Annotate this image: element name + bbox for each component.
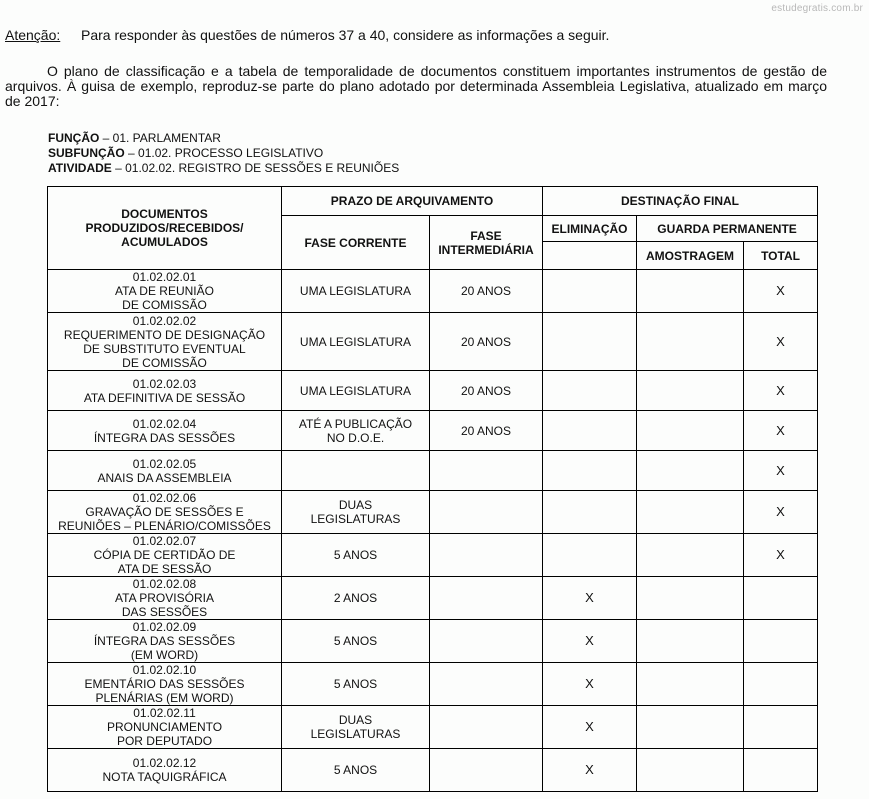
document-title-line: EMENTÁRIO DAS SESSÕES <box>50 677 279 691</box>
eliminacao-cell <box>543 491 637 534</box>
corrente-cell: ATÉ A PUBLICAÇÃO NO D.O.E. <box>282 411 430 451</box>
total-cell <box>744 663 818 706</box>
table-row: 01.02.02.04ÍNTEGRA DAS SESSÕESATÉ A PUBL… <box>48 411 818 451</box>
header-total: TOTAL <box>744 242 818 270</box>
amostragem-cell <box>637 451 744 491</box>
document-title-line: ÍNTEGRA DAS SESSÕES <box>50 431 279 445</box>
table-row: 01.02.02.05ANAIS DA ASSEMBLEIAX <box>48 451 818 491</box>
document-title-line: CÓPIA DE CERTIDÃO DE <box>50 548 279 562</box>
intermediaria-cell: 20 ANOS <box>430 411 543 451</box>
document-code: 01.02.02.11 <box>50 706 279 720</box>
attention-text: Para responder às questões de números 37… <box>81 27 609 43</box>
table-row: 01.02.02.07CÓPIA DE CERTIDÃO DEATA DE SE… <box>48 534 818 577</box>
eliminacao-cell <box>543 371 637 411</box>
document-cell: 01.02.02.10EMENTÁRIO DAS SESSÕESPLENÁRIA… <box>48 663 282 706</box>
document-cell: 01.02.02.06GRAVAÇÃO DE SESSÕES EREUNIÕES… <box>48 491 282 534</box>
header-fase-intermediaria: FASE INTERMEDIÁRIA <box>430 216 543 270</box>
table-row: 01.02.02.11PRONUNCIAMENTOPOR DEPUTADODUA… <box>48 706 818 749</box>
amostragem-cell <box>637 270 744 313</box>
eliminacao-cell: X <box>543 620 637 663</box>
document-cell: 01.02.02.04ÍNTEGRA DAS SESSÕES <box>48 411 282 451</box>
amostragem-cell <box>637 620 744 663</box>
table-row: 01.02.02.09ÍNTEGRA DAS SESSÕES(EM WORD)5… <box>48 620 818 663</box>
document-cell: 01.02.02.12NOTA TAQUIGRÁFICA <box>48 749 282 792</box>
header-amostragem: AMOSTRAGEM <box>637 242 744 270</box>
document-title-line: DE SUBSTITUTO EVENTUAL <box>50 342 279 356</box>
document-code: 01.02.02.07 <box>50 534 279 548</box>
table-row: 01.02.02.03ATA DEFINITIVA DE SESSÃOUMA L… <box>48 371 818 411</box>
atividade-value: – 01.02.02. REGISTRO DE SESSÕES E REUNIÕ… <box>112 161 399 175</box>
document-title-line: DE COMISSÃO <box>50 356 279 370</box>
funcao-label: FUNÇÃO <box>48 131 99 145</box>
header-fase-corrente: FASE CORRENTE <box>282 216 430 270</box>
eliminacao-cell: X <box>543 706 637 749</box>
total-cell: X <box>744 451 818 491</box>
subfuncao-line: SUBFUNÇÃO – 01.02. PROCESSO LEGISLATIVO <box>48 146 399 161</box>
total-cell <box>744 706 818 749</box>
table-row: 01.02.02.10EMENTÁRIO DAS SESSÕESPLENÁRIA… <box>48 663 818 706</box>
document-cell: 01.02.02.02REQUERIMENTO DE DESIGNAÇÃODE … <box>48 313 282 371</box>
eliminacao-cell <box>543 313 637 371</box>
document-title-line: ATA PROVISÓRIA <box>50 591 279 605</box>
header-documentos: DOCUMENTOS PRODUZIDOS/RECEBIDOS/ ACUMULA… <box>48 187 282 270</box>
corrente-cell: 5 ANOS <box>282 620 430 663</box>
document-title-line: REQUERIMENTO DE DESIGNAÇÃO <box>50 328 279 342</box>
document-title-line: (EM WORD) <box>50 648 279 662</box>
amostragem-cell <box>637 749 744 792</box>
funcao-line: FUNÇÃO – 01. PARLAMENTAR <box>48 131 399 146</box>
eliminacao-cell: X <box>543 663 637 706</box>
corrente-cell: UMA LEGISLATURA <box>282 313 430 371</box>
header-destinacao: DESTINAÇÃO FINAL <box>543 187 818 216</box>
intermediaria-cell <box>430 577 543 620</box>
watermark: estudegratis.com.br <box>771 3 863 14</box>
intermediaria-cell <box>430 491 543 534</box>
amostragem-cell <box>637 371 744 411</box>
intermediaria-cell <box>430 663 543 706</box>
amostragem-cell <box>637 663 744 706</box>
table-row: 01.02.02.02REQUERIMENTO DE DESIGNAÇÃODE … <box>48 313 818 371</box>
corrente-cell: UMA LEGISLATURA <box>282 371 430 411</box>
eliminacao-cell <box>543 451 637 491</box>
amostragem-cell <box>637 577 744 620</box>
header-guarda: GUARDA PERMANENTE <box>637 216 818 242</box>
corrente-cell: 5 ANOS <box>282 663 430 706</box>
document-title-line: GRAVAÇÃO DE SESSÕES E <box>50 505 279 519</box>
table-row: 01.02.02.06GRAVAÇÃO DE SESSÕES EREUNIÕES… <box>48 491 818 534</box>
amostragem-cell <box>637 706 744 749</box>
atividade-line: ATIVIDADE – 01.02.02. REGISTRO DE SESSÕE… <box>48 161 399 176</box>
classification-block: FUNÇÃO – 01. PARLAMENTAR SUBFUNÇÃO – 01.… <box>48 131 399 176</box>
document-cell: 01.02.02.05ANAIS DA ASSEMBLEIA <box>48 451 282 491</box>
eliminacao-cell: X <box>543 749 637 792</box>
eliminacao-cell <box>543 411 637 451</box>
total-cell: X <box>744 313 818 371</box>
document-cell: 01.02.02.03ATA DEFINITIVA DE SESSÃO <box>48 371 282 411</box>
corrente-cell: DUAS LEGISLATURAS <box>282 706 430 749</box>
total-cell: X <box>744 534 818 577</box>
document-cell: 01.02.02.11PRONUNCIAMENTOPOR DEPUTADO <box>48 706 282 749</box>
document-title-line: POR DEPUTADO <box>50 734 279 748</box>
table-row: 01.02.02.12NOTA TAQUIGRÁFICA5 ANOSX <box>48 749 818 792</box>
total-cell: X <box>744 491 818 534</box>
amostragem-cell <box>637 411 744 451</box>
amostragem-cell <box>637 313 744 371</box>
document-cell: 01.02.02.01ATA DE REUNIÃODE COMISSÃO <box>48 270 282 313</box>
temporality-table: DOCUMENTOS PRODUZIDOS/RECEBIDOS/ ACUMULA… <box>47 186 818 792</box>
document-cell: 01.02.02.07CÓPIA DE CERTIDÃO DEATA DE SE… <box>48 534 282 577</box>
header-prazo: PRAZO DE ARQUIVAMENTO <box>282 187 543 216</box>
document-title-line: ATA DEFINITIVA DE SESSÃO <box>50 391 279 405</box>
intermediaria-cell: 20 ANOS <box>430 371 543 411</box>
eliminacao-cell: X <box>543 577 637 620</box>
intro-paragraph: O plano de classificação e a tabela de t… <box>5 64 827 109</box>
total-cell <box>744 577 818 620</box>
corrente-cell: 5 ANOS <box>282 749 430 792</box>
document-title-line: PLENÁRIAS (EM WORD) <box>50 691 279 705</box>
total-cell: X <box>744 411 818 451</box>
document-code: 01.02.02.10 <box>50 663 279 677</box>
document-code: 01.02.02.06 <box>50 491 279 505</box>
document-code: 01.02.02.03 <box>50 377 279 391</box>
document-title-line: REUNIÕES – PLENÁRIO/COMISSÕES <box>50 519 279 533</box>
total-cell: X <box>744 270 818 313</box>
document-title-line: DE COMISSÃO <box>50 298 279 312</box>
eliminacao-cell <box>543 534 637 577</box>
corrente-cell <box>282 451 430 491</box>
intermediaria-cell <box>430 620 543 663</box>
document-cell: 01.02.02.09ÍNTEGRA DAS SESSÕES(EM WORD) <box>48 620 282 663</box>
eliminacao-cell <box>543 270 637 313</box>
funcao-value: – 01. PARLAMENTAR <box>99 131 221 145</box>
intermediaria-cell <box>430 534 543 577</box>
document-title-line: DAS SESSÕES <box>50 605 279 619</box>
corrente-cell: 5 ANOS <box>282 534 430 577</box>
intermediaria-cell <box>430 749 543 792</box>
attention-note: Atenção:Para responder às questões de nú… <box>5 27 609 43</box>
document-code: 01.02.02.08 <box>50 577 279 591</box>
document-code: 01.02.02.12 <box>50 756 279 770</box>
corrente-cell: DUAS LEGISLATURAS <box>282 491 430 534</box>
total-cell <box>744 620 818 663</box>
document-code: 01.02.02.01 <box>50 270 279 284</box>
document-title-line: ATA DE REUNIÃO <box>50 284 279 298</box>
table-row: 01.02.02.08ATA PROVISÓRIADAS SESSÕES2 AN… <box>48 577 818 620</box>
amostragem-cell <box>637 534 744 577</box>
document-title-line: NOTA TAQUIGRÁFICA <box>50 770 279 784</box>
header-eliminacao-blank <box>543 242 637 270</box>
corrente-cell: 2 ANOS <box>282 577 430 620</box>
document-code: 01.02.02.05 <box>50 457 279 471</box>
subfuncao-label: SUBFUNÇÃO <box>48 146 125 160</box>
document-title-line: ATA DE SESSÃO <box>50 562 279 576</box>
intermediaria-cell: 20 ANOS <box>430 313 543 371</box>
document-code: 01.02.02.02 <box>50 314 279 328</box>
subfuncao-value: – 01.02. PROCESSO LEGISLATIVO <box>125 146 324 160</box>
document-title-line: PRONUNCIAMENTO <box>50 720 279 734</box>
attention-label: Atenção: <box>5 27 81 43</box>
document-code: 01.02.02.04 <box>50 417 279 431</box>
table-row: 01.02.02.01ATA DE REUNIÃODE COMISSÃOUMA … <box>48 270 818 313</box>
total-cell <box>744 749 818 792</box>
atividade-label: ATIVIDADE <box>48 161 112 175</box>
total-cell: X <box>744 371 818 411</box>
document-title-line: ÍNTEGRA DAS SESSÕES <box>50 634 279 648</box>
intermediaria-cell: 20 ANOS <box>430 270 543 313</box>
corrente-cell: UMA LEGISLATURA <box>282 270 430 313</box>
document-code: 01.02.02.09 <box>50 620 279 634</box>
amostragem-cell <box>637 491 744 534</box>
document-cell: 01.02.02.08ATA PROVISÓRIADAS SESSÕES <box>48 577 282 620</box>
document-title-line: ANAIS DA ASSEMBLEIA <box>50 471 279 485</box>
intermediaria-cell <box>430 706 543 749</box>
header-eliminacao: ELIMINAÇÃO <box>543 216 637 242</box>
intermediaria-cell <box>430 451 543 491</box>
